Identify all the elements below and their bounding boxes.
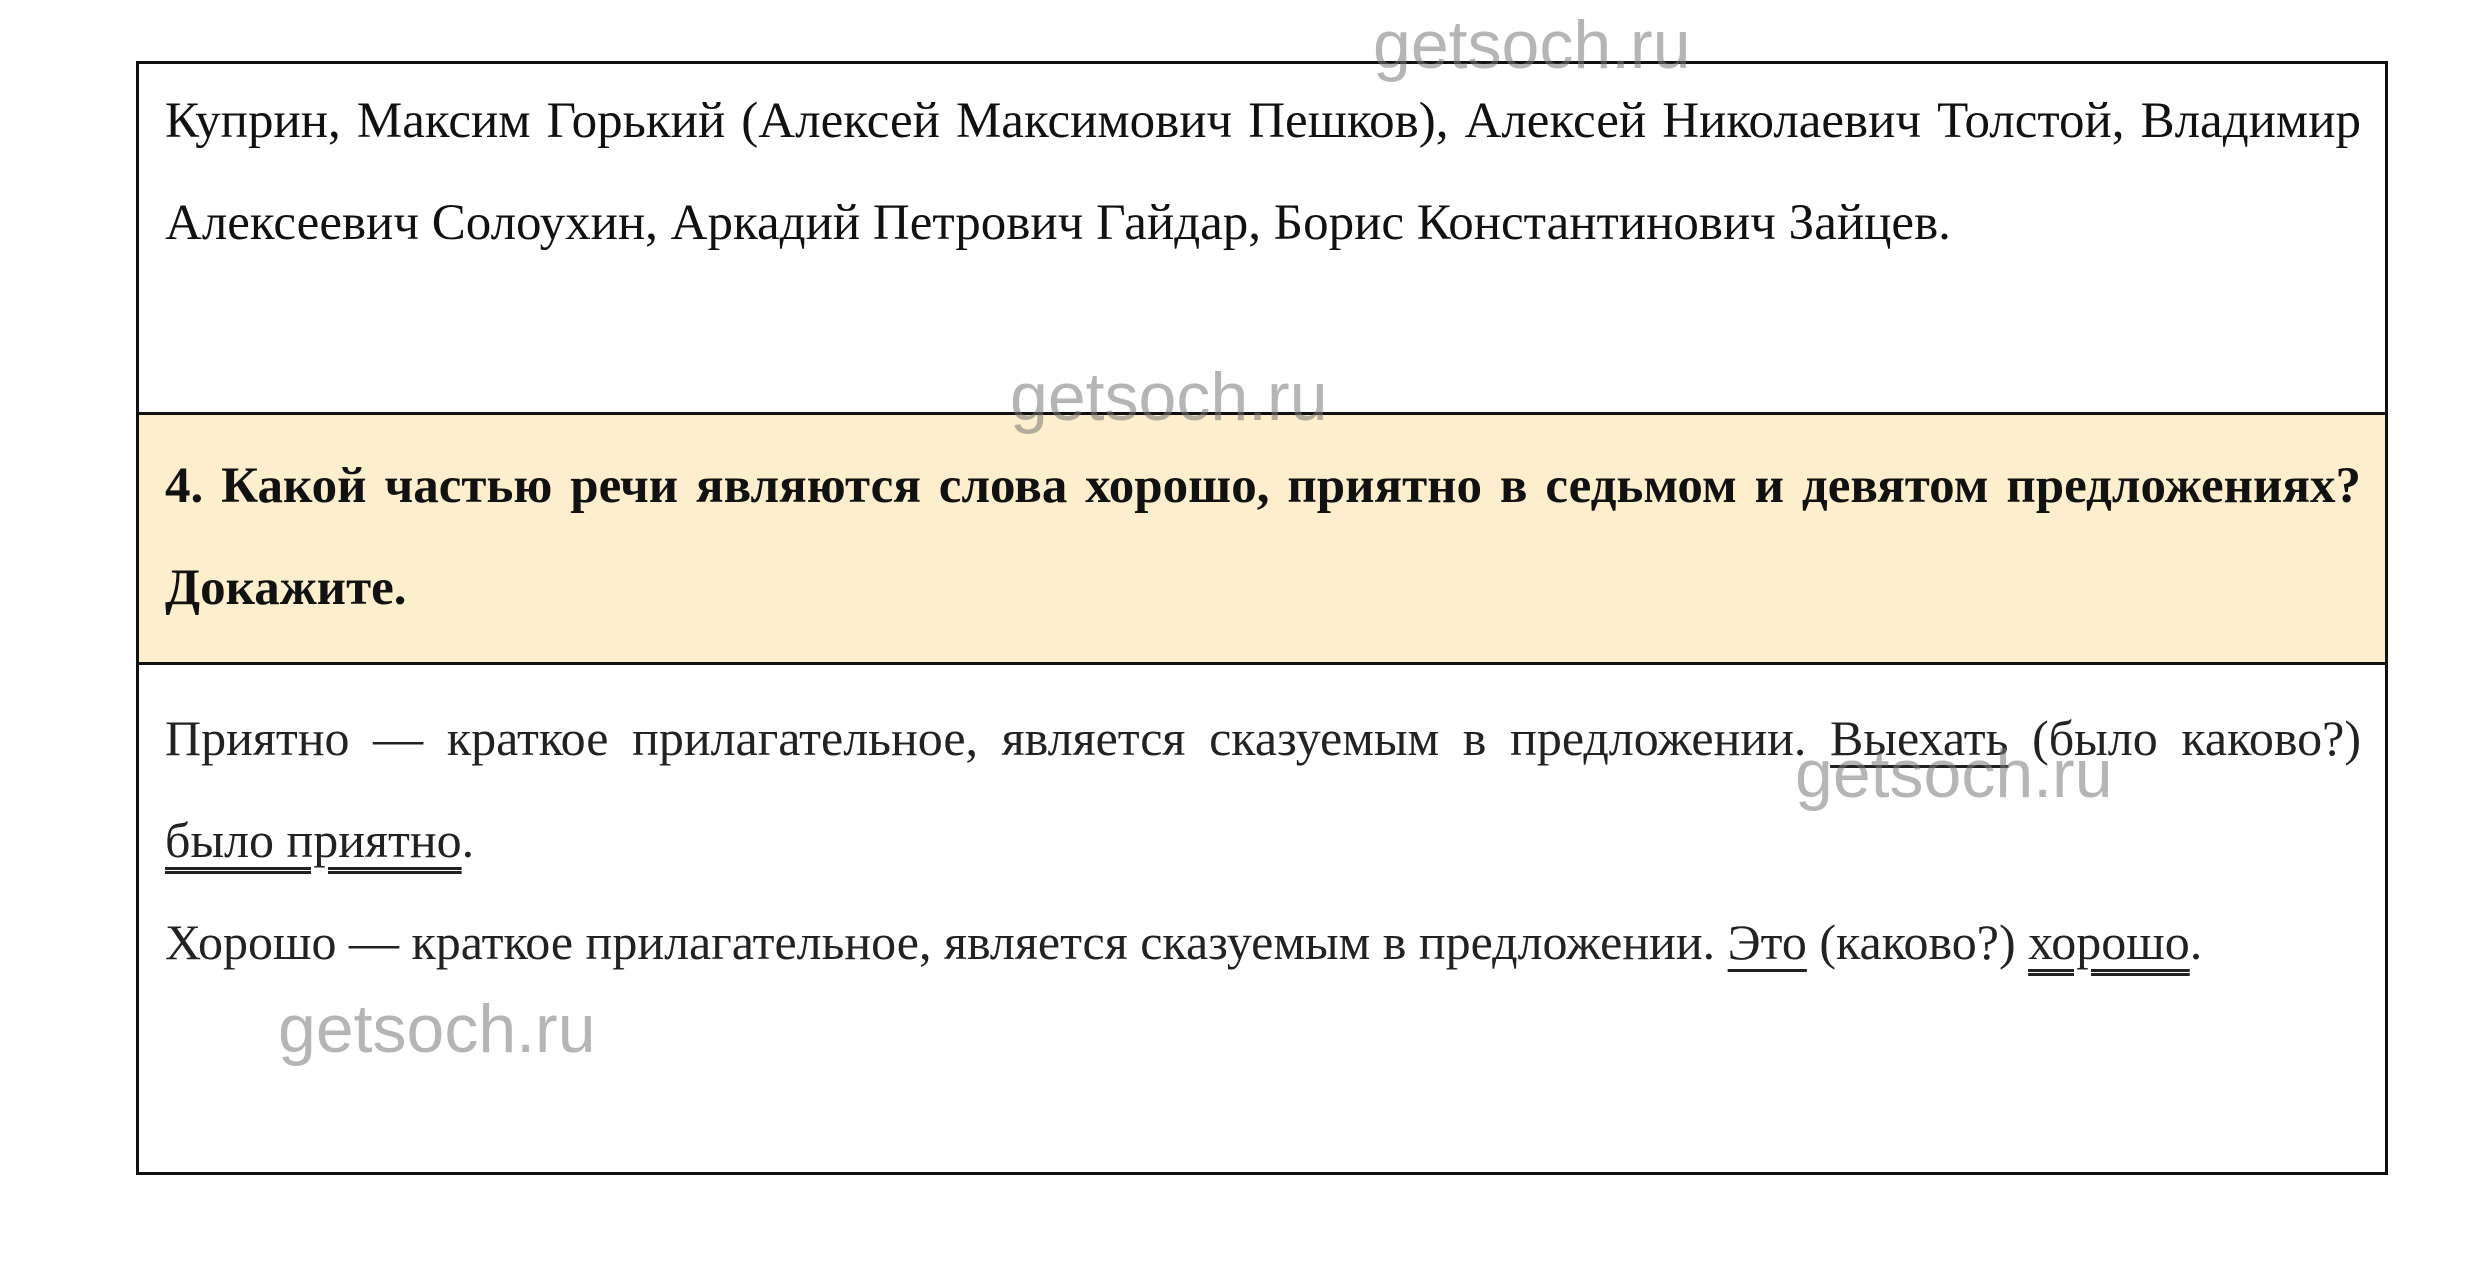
answer-1-middle: (было каково?): [2008, 710, 2361, 766]
answer-paragraph-2: Хорошо — краткое прилагательное, являетс…: [165, 891, 2361, 993]
exercise-table: Куприн, Максим Горький (Алексей Максимов…: [136, 61, 2388, 1175]
intro-text: Куприн, Максим Горький (Алексей Максимов…: [165, 70, 2361, 274]
answer-paragraph-1: Приятно — краткое прилагательное, являет…: [165, 687, 2361, 891]
answer-2-middle: (каково?): [1807, 914, 2028, 970]
answer-section: Приятно — краткое прилагательное, являет…: [139, 665, 2385, 1172]
answer-2-lead: Хорошо — краткое прилагательное, являетс…: [165, 914, 1728, 970]
answer-1-lead: Приятно — краткое прилагательное, являет…: [165, 710, 1830, 766]
answer-2-subject: Это: [1728, 914, 1807, 970]
answer-1-subject: Выехать: [1830, 710, 2008, 766]
answer-2-end: .: [2190, 914, 2203, 970]
answer-2-predicate: хорошо: [2028, 914, 2190, 970]
question-text: 4. Какой частью речи являются слова хоро…: [165, 435, 2361, 639]
answer-1-end: .: [462, 812, 475, 868]
answer-1-predicate: было приятно: [165, 812, 462, 868]
question-section: 4. Какой частью речи являются слова хоро…: [139, 412, 2385, 665]
intro-section: Куприн, Максим Горький (Алексей Максимов…: [139, 64, 2385, 412]
